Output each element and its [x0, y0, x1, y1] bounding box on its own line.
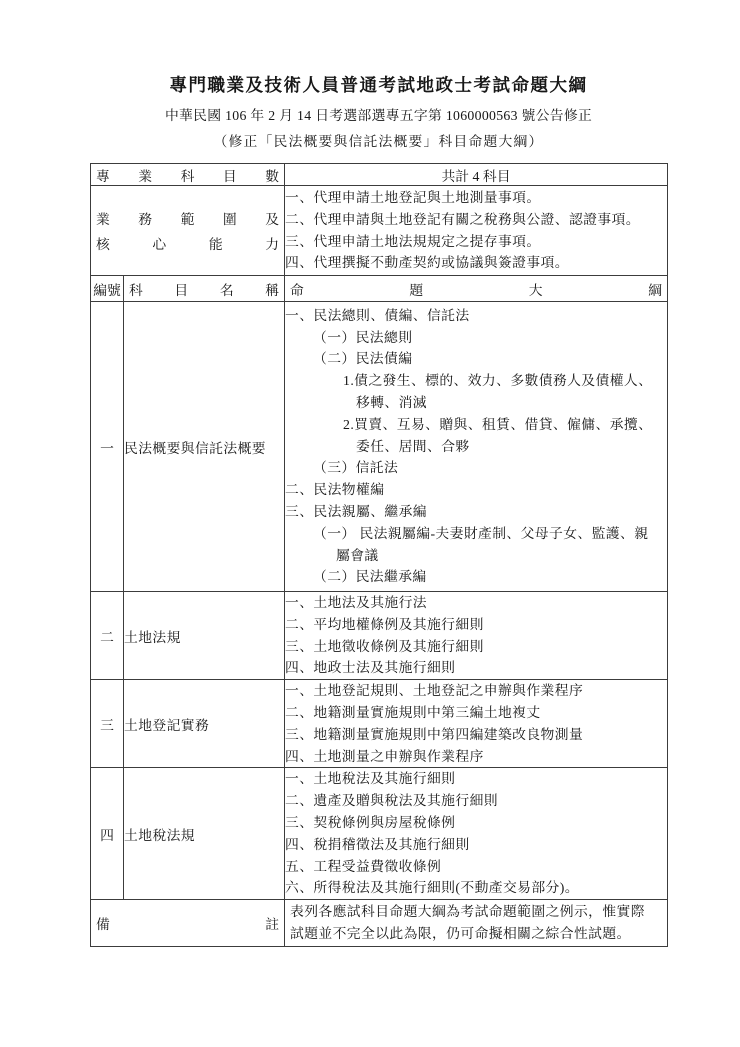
outline-line: （二）民法繼承編: [285, 566, 667, 588]
outline-line: （二）民法債編: [285, 348, 667, 370]
outline-line: 六、所得稅法及其施行細則(不動產交易部分)。: [285, 877, 667, 899]
syllabus-table: 專業科目數 共計 4 科目 業務範圍及 核心能力 一、代理申請土地登記與土地測量…: [90, 163, 668, 947]
subject-no: 三: [91, 680, 124, 768]
subject-no: 二: [91, 592, 124, 680]
note-text-cell: 表列各應試科目命題大綱為考試命題範圍之例示，惟實際試題並不完全以此為限，仍可命擬…: [285, 900, 668, 947]
subject-outline-cell: 一、土地稅法及其施行細則 二、遺產及贈與稅法及其施行細則 三、契稅條例與房屋稅條…: [285, 768, 668, 900]
outline-line: 一、土地稅法及其施行細則: [285, 768, 667, 790]
col-header-name-cell: 科目名稱: [124, 276, 285, 302]
subject-name: 土地法規: [124, 592, 285, 680]
outline-line: 三、土地徵收條例及其施行細則: [285, 636, 667, 658]
subject-row: 四 土地稅法規 一、土地稅法及其施行細則 二、遺產及贈與稅法及其施行細則 三、契…: [91, 768, 668, 900]
outline-line: 一、民法總則、債編、信託法: [285, 305, 667, 327]
outline-line: 一、土地法及其施行法: [285, 592, 667, 614]
outline-line: 四、土地測量之申辦與作業程序: [285, 746, 667, 768]
subject-name: 土地登記實務: [124, 680, 285, 768]
subject-count-row: 專業科目數 共計 4 科目: [91, 164, 668, 186]
outline-line: 二、民法物權編: [285, 479, 667, 501]
subject-row: 三 土地登記實務 一、土地登記規則、土地登記之申辦與作業程序 二、地籍測量實施規…: [91, 680, 668, 768]
subject-outline-cell: 一、民法總則、債編、信託法 （一）民法總則 （二）民法債編 1.債之發生、標的、…: [285, 302, 668, 592]
outline-line: 移轉、消滅: [285, 392, 667, 414]
scope-items-cell: 一、代理申請土地登記與土地測量事項。 二、代理申請與土地登記有關之稅務與公證、認…: [285, 186, 668, 276]
subject-outline-cell: 一、土地登記規則、土地登記之申辦與作業程序 二、地籍測量實施規則中第三編土地複丈…: [285, 680, 668, 768]
outline-line: 2.買賣、互易、贈與、租賃、借貸、僱傭、承攬、: [285, 414, 667, 436]
col-header-no: 編號: [91, 276, 124, 302]
scope-item: 一、代理申請土地登記與土地測量事項。: [285, 187, 667, 209]
note-label: 備註: [91, 913, 284, 933]
col-header-outline: 命題大綱: [285, 279, 667, 299]
outline-line: 二、遺產及贈與稅法及其施行細則: [285, 790, 667, 812]
note-row: 備註 表列各應試科目命題大綱為考試命題範圍之例示，惟實際試題並不完全以此為限，仍…: [91, 900, 668, 947]
outline-line: （一） 民法親屬編-夫妻財產制、父母子女、監護、親: [285, 523, 667, 545]
subject-name: 民法概要與信託法概要: [124, 302, 285, 592]
scope-item: 三、代理申請土地法規規定之提存事項。: [285, 231, 667, 253]
outline-line: 一、土地登記規則、土地登記之申辦與作業程序: [285, 680, 667, 702]
scope-item: 四、代理撰擬不動產契約或協議與簽證事項。: [285, 252, 667, 274]
subject-name: 土地稅法規: [124, 768, 285, 900]
subject-no: 四: [91, 768, 124, 900]
scope-item: 二、代理申請與土地登記有關之稅務與公證、認證事項。: [285, 209, 667, 231]
col-header-outline-cell: 命題大綱: [285, 276, 668, 302]
scope-row: 業務範圍及 核心能力 一、代理申請土地登記與土地測量事項。 二、代理申請與土地登…: [91, 186, 668, 276]
scope-label-line: 業務範圍及: [91, 208, 284, 228]
outline-line: （一）民法總則: [285, 327, 667, 349]
outline-line: 屬會議: [285, 545, 667, 567]
outline-line: 1.債之發生、標的、效力、多數債務人及債權人、: [285, 370, 667, 392]
subject-count-label-cell: 專業科目數: [91, 164, 285, 186]
outline-line: 五、工程受益費徵收條例: [285, 856, 667, 878]
scope-label-cell: 業務範圍及 核心能力: [91, 186, 285, 276]
subject-outline-cell: 一、土地法及其施行法 二、平均地權條例及其施行細則 三、土地徵收條例及其施行細則…: [285, 592, 668, 680]
subject-row: 二 土地法規 一、土地法及其施行法 二、平均地權條例及其施行細則 三、土地徵收條…: [91, 592, 668, 680]
outline-line: 三、地籍測量實施規則中第四編建築改良物測量: [285, 724, 667, 746]
subject-row: 一 民法概要與信託法概要 一、民法總則、債編、信託法 （一）民法總則 （二）民法…: [91, 302, 668, 592]
column-header-row: 編號 科目名稱 命題大綱: [91, 276, 668, 302]
note-text: 表列各應試科目命題大綱為考試命題範圍之例示，惟實際試題並不完全以此為限，仍可命擬…: [290, 901, 652, 945]
outline-line: 三、民法親屬、繼承編: [285, 501, 667, 523]
col-header-name: 科目名稱: [124, 279, 284, 299]
scope-label-line: 核心能力: [91, 233, 284, 253]
outline-line: （三）信託法: [285, 457, 667, 479]
outline-line: 二、地籍測量實施規則中第三編土地複丈: [285, 702, 667, 724]
subtitle-amendment-note: （修正「民法概要與信託法概要」科目命題大綱）: [90, 130, 667, 150]
outline-line: 四、稅捐稽徵法及其施行細則: [285, 834, 667, 856]
outline-line: 委任、居間、合夥: [285, 436, 667, 458]
subtitle-amendment-date: 中華民國 106 年 2 月 14 日考選部選專五字第 1060000563 號…: [90, 104, 667, 124]
page-title: 專門職業及技術人員普通考試地政士考試命題大綱: [90, 72, 667, 97]
outline-line: 四、地政士法及其施行細則: [285, 657, 667, 679]
subject-no: 一: [91, 302, 124, 592]
note-label-cell: 備註: [91, 900, 285, 947]
subject-count-label: 專業科目數: [91, 165, 284, 185]
subject-count-value: 共計 4 科目: [285, 164, 668, 186]
outline-line: 二、平均地權條例及其施行細則: [285, 614, 667, 636]
document-page: 專門職業及技術人員普通考試地政士考試命題大綱 中華民國 106 年 2 月 14…: [90, 0, 667, 947]
outline-line: 三、契稅條例與房屋稅條例: [285, 812, 667, 834]
scope-label: 業務範圍及 核心能力: [91, 208, 284, 253]
